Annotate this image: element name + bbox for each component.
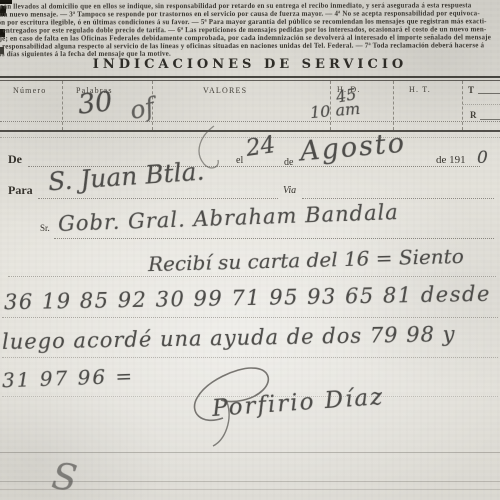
label-sr: Sr.: [40, 223, 50, 233]
message-rule: [2, 317, 498, 318]
handwritten-day: 24: [244, 132, 277, 162]
tr-divider: [463, 104, 500, 105]
handwritten-message-line3: luego acordé una ayuda de dos 79 98 y: [2, 322, 456, 354]
destination-dotted-line: [38, 198, 278, 199]
handwritten-message-line4-cipher: 31 97 96 =: [2, 364, 135, 393]
label-de2: de: [284, 157, 293, 168]
label-de-191: de 191: [436, 154, 466, 166]
handwritten-addressee: Gobr. Gral. Abraham Bandala: [58, 200, 399, 236]
telegram-scan-page: serán llevados al domicilio que en ellos…: [0, 0, 500, 500]
table-column-separator: [62, 81, 63, 130]
label-para: Para: [8, 183, 33, 198]
table-top-rule-inner: [0, 80, 500, 81]
r-row-line: [480, 119, 500, 120]
handwritten-destination: S. Juan Btla.: [47, 157, 205, 197]
column-header-valores: VALORES: [203, 86, 247, 95]
column-header-numero: Número: [13, 86, 46, 95]
label-el: el: [236, 155, 243, 166]
scan-rule: [0, 452, 500, 453]
column-header-t: T: [468, 85, 475, 95]
table-row-divider: [0, 121, 500, 122]
table-top-rule: [0, 76, 500, 78]
handwritten-message-line1: Recibí su carta del 16 = Siento: [148, 244, 464, 276]
handwritten-time-hour: 10 am: [309, 99, 361, 122]
message-rule: [2, 357, 498, 358]
page-title: INDICACIONES DE SERVICIO: [0, 57, 500, 72]
handwritten-message-line2-cipher: 36 19 85 92 30 99 71 95 93 65 81 desde: [4, 282, 491, 314]
handwritten-year-digit: 0: [477, 148, 488, 168]
via-dotted-line: [302, 198, 494, 199]
column-header-r: R: [470, 110, 478, 120]
handwritten-bottom-partial: S: [49, 456, 79, 500]
addressee-dotted-line: [54, 238, 494, 239]
label-via: Via: [283, 185, 296, 196]
t-row-line: [478, 93, 500, 94]
table-column-separator: [462, 81, 463, 130]
message-rule: [8, 276, 496, 277]
handwritten-signature: Porfirio Díaz: [211, 384, 385, 422]
table-column-separator: [393, 81, 394, 130]
handwritten-month: Agosto: [299, 127, 407, 167]
column-header-ht: H. T.: [409, 85, 431, 94]
table-bottom-rule: [0, 130, 500, 132]
handwritten-word-count: 30: [76, 86, 113, 120]
label-de: De: [8, 152, 22, 167]
